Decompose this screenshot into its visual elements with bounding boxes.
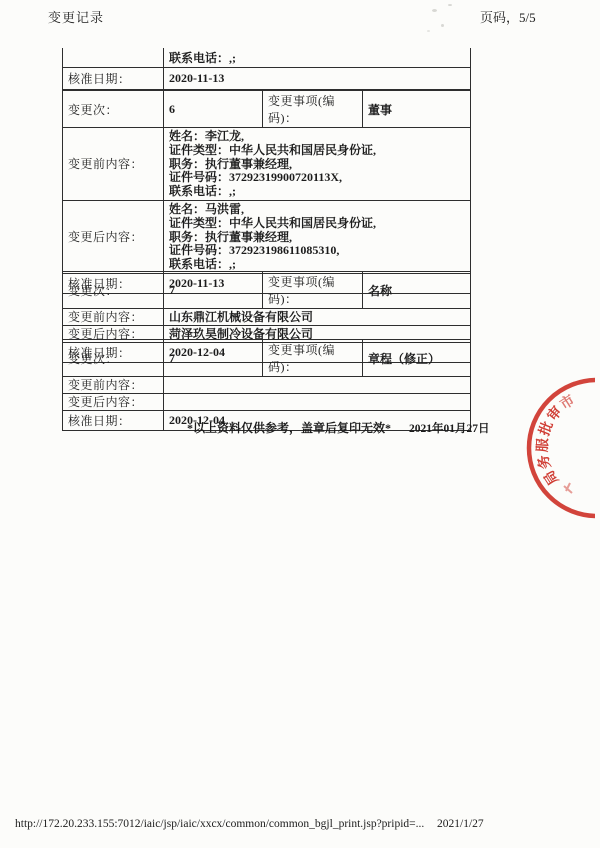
before-label: 变更前内容： [63,128,164,201]
seal-char: 务 [534,453,554,471]
change-item-value: 董事 [363,91,471,128]
after-label: 变更后内容： [63,394,164,411]
seal-char: 服 [535,437,552,453]
approval-date-label: 核准日期： [63,68,164,90]
change-item-value: 名称 [363,272,471,309]
seal-char: 审 [544,403,566,425]
change-table-7-articles: 变更次： 7 变更事项(编码)： 章程（修正） 变更前内容： 变更后内容： 核准… [62,339,471,431]
scanned-document-page: 变更记录 页码，5/5 联系电话：,; 核准日期： 2020-11-13 变更次… [0,0,600,848]
change-no-value: 7 [164,272,263,309]
seal-arc [529,380,595,516]
change-no-value: 7 [164,340,263,377]
change-item-value: 章程（修正） [363,340,471,377]
change-item-label: 变更事项(编码)： [263,272,363,309]
page-number: 页码，5/5 [480,7,536,26]
approval-date-label: 核准日期： [63,411,164,431]
scan-noise [448,4,452,6]
change-table-continued: 联系电话：,; 核准日期： 2020-11-13 [62,48,471,90]
disclaimer-line: *以上资料仅供参考，盖章后复印无效*2021年01月27日 [187,419,490,436]
before-value: 山东鼎江机械设备有限公司 [164,309,471,326]
before-value-empty [164,377,471,394]
empty-label-cell [63,48,164,68]
seal-partial-char-stroke [564,483,572,493]
phone-line-cell: 联系电话：,; [164,48,471,68]
seal-char: 局 [541,467,562,487]
scan-noise [441,24,444,27]
before-label: 变更前内容： [63,309,164,326]
change-item-label: 变更事项(编码)： [263,340,363,377]
after-value-empty [164,394,471,411]
after-label: 变更后内容： [63,200,164,273]
page-title: 变更记录 [48,7,104,26]
after-content-cell: 姓名：马洪雷, 证件类型：中华人民共和国居民身份证, 职务：执行董事兼经理, 证… [164,200,471,273]
approval-date-value: 2020-11-13 [164,68,471,90]
print-date-cn: 2021年01月27日 [409,423,490,435]
change-no-label: 变更次： [63,91,164,128]
before-line: 联系电话：,; [169,185,465,199]
official-seal-stamp: 市 审 批 服 务 局 [500,372,595,527]
before-label: 变更前内容： [63,377,164,394]
before-content-cell: 姓名：李江龙, 证件类型：中华人民共和国居民身份证, 职务：执行董事兼经理, 证… [164,128,471,201]
after-line: 姓名：马洪雷, [169,203,465,217]
scan-noise [427,30,430,32]
change-table-6-director: 变更次： 6 变更事项(编码)： 董事 变更前内容： 姓名：李江龙, 证件类型：… [62,90,471,294]
seal-char: 批 [536,419,557,438]
change-no-label: 变更次： [63,272,164,309]
scan-noise [432,9,437,12]
after-line: 证件类型：中华人民共和国居民身份证, [169,217,465,231]
before-line: 证件类型：中华人民共和国居民身份证, [169,144,465,158]
print-footer-date: 2021/1/27 [437,818,484,830]
after-line: 联系电话：,; [169,258,465,272]
before-line: 姓名：李江龙, [169,130,465,144]
seal-char: 市 [557,391,578,413]
print-footer-url: http://172.20.233.155:7012/iaic/jsp/iaic… [15,818,424,830]
disclaimer-text: *以上资料仅供参考，盖章后复印无效* [187,421,391,435]
change-item-label: 变更事项(编码)： [263,91,363,128]
change-no-label: 变更次： [63,340,164,377]
change-no-value: 6 [164,91,263,128]
